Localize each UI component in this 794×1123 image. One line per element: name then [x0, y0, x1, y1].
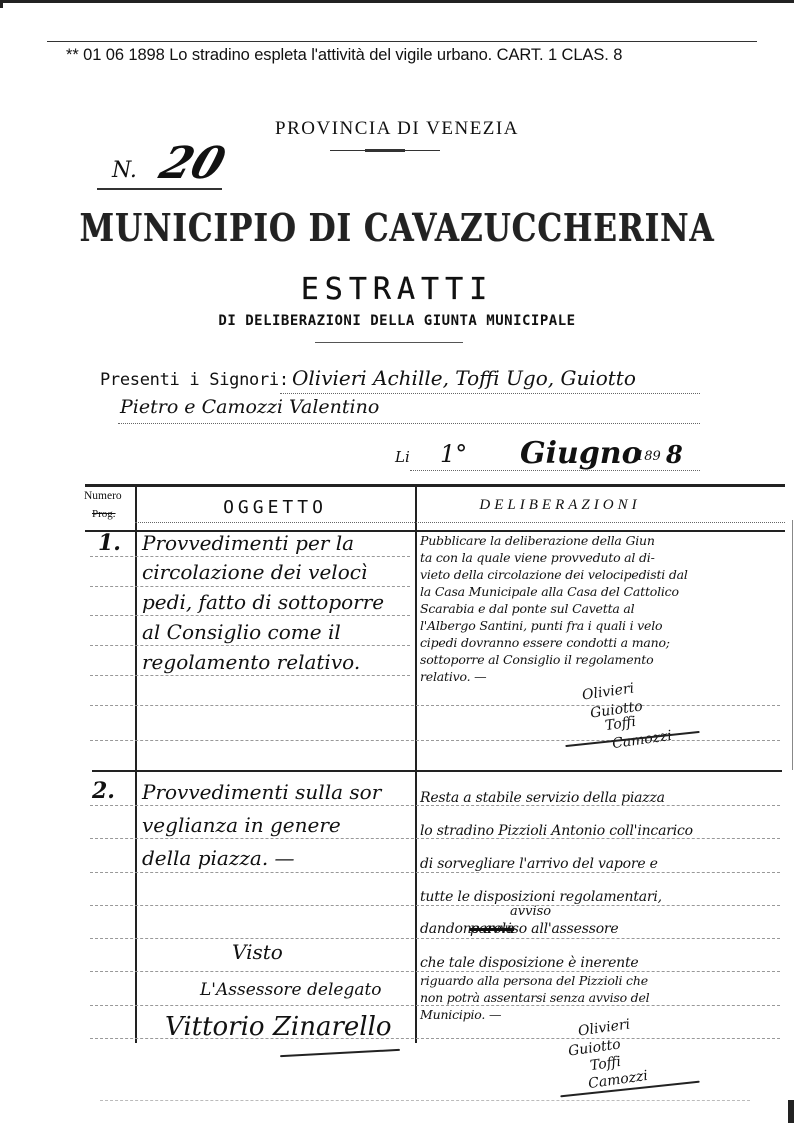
deliberazione-line: Municipio. — [420, 1007, 501, 1022]
date-prefix: Li [395, 448, 410, 466]
page-right-edge [792, 520, 793, 770]
subtitle-rule [315, 342, 463, 343]
ruled-line [90, 938, 780, 939]
ruled-line [90, 905, 780, 906]
deliberazione-line: relativo. — [420, 669, 486, 684]
deliberazione-line: Resta a stabile servizio della piazza [420, 790, 665, 806]
header-oggetto: OGGETTO [135, 497, 415, 518]
date-month: Giugno [520, 436, 642, 471]
ruled-line [90, 1005, 780, 1006]
oggetto-line: della piazza. — [142, 846, 295, 870]
visto-assessore: L'Assessore delegato [200, 980, 382, 1000]
presenti-label: Presenti i Signori: [100, 370, 289, 390]
deliberazione-line: non potrà assentarsi senza avviso del [420, 990, 649, 1005]
deliberazione-line: l'Albergo Santini, punti fra i quali i v… [420, 618, 662, 633]
table-col-divider-oggetto [415, 486, 417, 1043]
visto-flourish [280, 1049, 400, 1057]
oggetto-line: al Consiglio come il [142, 620, 341, 644]
presenti-names-line2: Pietro e Camozzi Valentino [120, 396, 379, 418]
header-prog: Prog. [92, 508, 116, 520]
page-bottom-rule [100, 1100, 750, 1101]
date-year-digit: 8 [666, 440, 683, 469]
deliberazione-line: di sorvegliare l'arrivo del vapore e [420, 856, 658, 872]
deliberazione-line: che tale disposizione è inerente [420, 955, 639, 971]
date-day: 1° [440, 440, 467, 468]
date-dotted-line [410, 470, 700, 471]
document-subtitle: DI DELIBERAZIONI DELLA GIUNTA MUNICIPALE [0, 313, 794, 329]
oggetto-line: circolazione dei velocì [142, 560, 367, 584]
scan-corner-mark [788, 1100, 794, 1123]
table-top-border [85, 484, 785, 487]
document-title: ESTRATTI [0, 272, 794, 307]
deliberazione-line: sottoporre al Consiglio il regolamento [420, 652, 653, 667]
deliberazione-line: cipedi dovranno essere condotti a mano; [420, 635, 670, 650]
ruled-line [90, 705, 780, 706]
deliberazione-line: tutte le disposizioni regolamentari, [420, 889, 662, 905]
deliberazione-line: Pubblicare la deliberazione della Giun [420, 533, 655, 548]
header-deliberazioni: DELIBERAZIONI [415, 497, 705, 514]
oggetto-line: veglianza in genere [142, 813, 341, 837]
deliberazione-line: vieto della circolazione dei velocipedis… [420, 567, 688, 582]
signature: Toffi [604, 714, 637, 734]
oggetto-line: Provvedimenti sulla sor [142, 780, 381, 804]
deliberazione-line: la Casa Municipale alla Casa del Cattoli… [420, 584, 679, 599]
numero-label: N. [112, 158, 137, 183]
ruled-line [90, 872, 780, 873]
oggetto-line: pedi, fatto di sottoporre [142, 590, 384, 614]
deliberazione-line: riguardo alla persona del Pizzioli che [420, 973, 648, 988]
ruled-line [90, 615, 410, 616]
deliberazione-line: lo stradino Pizzioli Antonio coll'incari… [420, 823, 693, 839]
ruled-line [90, 675, 410, 676]
numero-rule [97, 188, 222, 190]
deliberazione-line: Scarabia e dal ponte sul Cavetta al [420, 601, 634, 616]
table-col-divider-numero [135, 486, 137, 1043]
presenti-dotted-line-1 [280, 393, 700, 394]
ruled-line [90, 556, 410, 557]
deliberazione-line: ta con la quale viene provveduto al di- [420, 550, 655, 565]
row-number: 1. [98, 530, 121, 556]
provincia-rule-ornament [365, 149, 405, 152]
oggetto-line: regolamento relativo. [142, 650, 360, 674]
table-row-separator [92, 770, 782, 772]
ruled-line [90, 645, 410, 646]
deliberazione-line: dandone avviso all'assessore [420, 921, 619, 937]
oggetto-line: Provvedimenti per la [142, 531, 354, 555]
inserted-correction: avviso [510, 904, 551, 919]
row-number: 2. [92, 778, 115, 804]
municipio-heading: MUNICIPIO DI CAVAZUCCHERINA [0, 206, 794, 251]
ruled-line [90, 586, 410, 587]
provincia-heading: PROVINCIA DI VENEZIA [0, 118, 794, 140]
header-dotted-line [135, 522, 785, 523]
ruled-line [90, 971, 780, 972]
header-numero: Numero [84, 490, 122, 502]
signature: Olivieri [577, 1016, 631, 1039]
scan-corner-mark [0, 0, 3, 8]
archive-note-rule [47, 41, 757, 42]
archive-note: ** 01 06 1898 Lo stradino espleta l'atti… [66, 46, 622, 65]
numero-value: 20 [154, 138, 232, 189]
visto-signature: Vittorio Zinarello [165, 1012, 392, 1042]
date-year-prefix: 189 [636, 449, 661, 464]
presenti-dotted-line-2 [118, 423, 700, 424]
ruled-line [90, 740, 780, 741]
visto-label: Visto [232, 940, 283, 964]
scan-top-border [0, 0, 794, 3]
presenti-names-line1: Olivieri Achille, Toffi Ugo, Guiotto [292, 366, 636, 390]
